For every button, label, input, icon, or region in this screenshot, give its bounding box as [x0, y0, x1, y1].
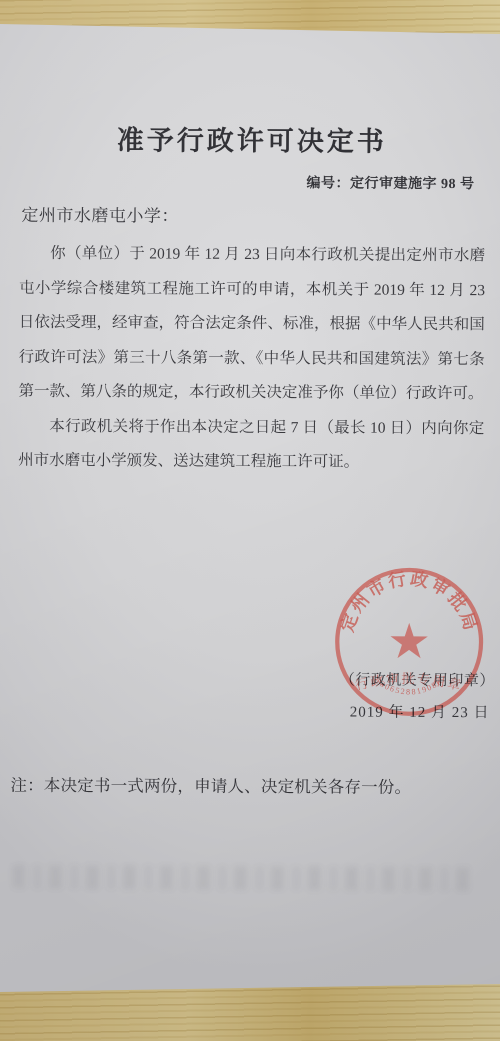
- photo-of-document: 准予行政许可决定书 编号：定行审建施字 98 号 定州市水磨屯小学： 你（单位）…: [0, 0, 500, 1041]
- body-line: 行政许可法》第三十八条第一款、《中华人民共和国建筑法》第七条: [19, 340, 485, 377]
- body-line: 日依法受理，经审查，符合法定条件、标准，根据《中华人民共和国: [19, 306, 485, 343]
- seal-star-icon: ★: [387, 615, 431, 669]
- paper-sheet: 准予行政许可决定书 编号：定行审建施字 98 号 定州市水磨屯小学： 你（单位）…: [0, 0, 500, 1041]
- body-line: 第一款、第八条的规定，本行政机关决定准予你（单位）行政许可。: [18, 375, 484, 412]
- body-line: 本行政机关将于作出本决定之日起 7 日（最长 10 日）内向你定: [18, 409, 484, 446]
- body-line: 屯小学综合楼建筑工程施工许可的申请，本机关于 2019 年 12 月 23: [19, 271, 485, 308]
- document-title: 准予行政许可决定书: [2, 118, 500, 160]
- footnote: 注：本决定书一式两份，申请人、决定机关各存一份。: [10, 772, 411, 798]
- addressee-line: 定州市水磨屯小学：: [21, 201, 179, 227]
- body-line: 州市水磨屯小学颁发、送达建筑工程施工许可证。: [18, 444, 484, 481]
- body-line: 你（单位）于 2019 年 12 月 23 日向本行政机关提出定州市水磨: [19, 237, 485, 274]
- document-number: 编号：定行审建施字 98 号: [307, 172, 475, 193]
- document-body: 你（单位）于 2019 年 12 月 23 日向本行政机关提出定州市水磨屯小学综…: [18, 237, 485, 481]
- official-seal-stamp: 定州市行政审批局 ★ 行政审批专用章 1306528819086: [328, 560, 491, 723]
- reverse-side-text-bleed: [12, 865, 474, 891]
